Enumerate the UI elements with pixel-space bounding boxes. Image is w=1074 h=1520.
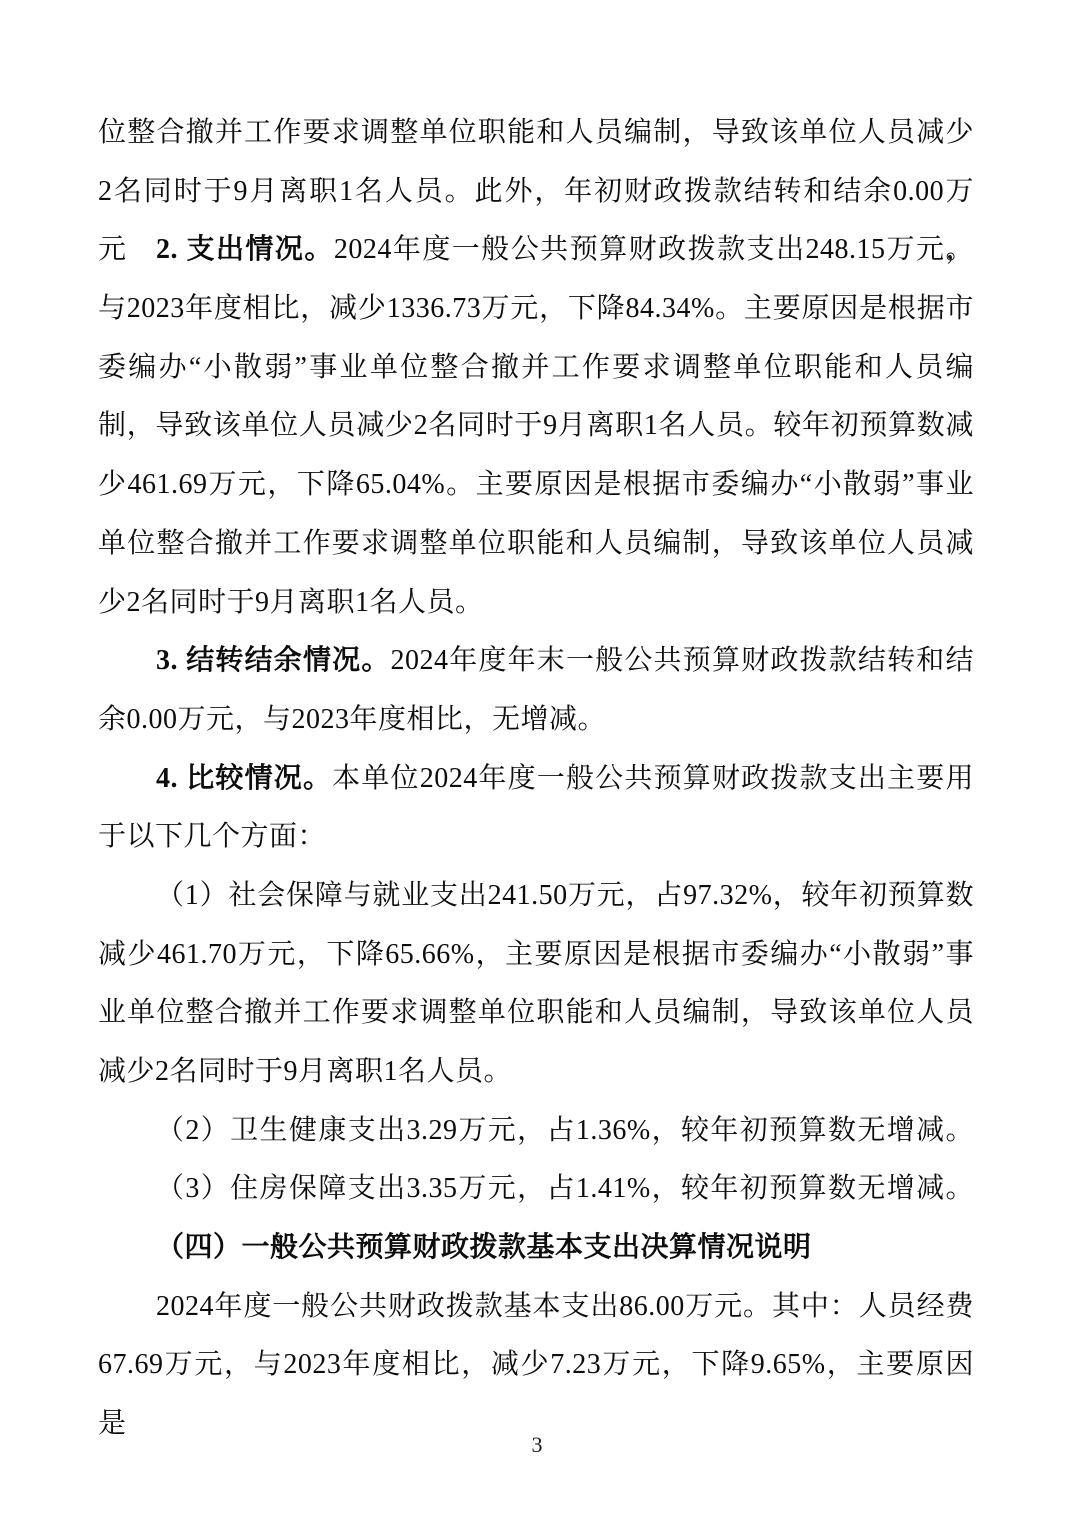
text-line: 委编办“小散弱”事业单位整合撤并工作要求调整单位职能和人员编	[98, 339, 974, 398]
document-body: 位整合撤并工作要求调整单位职能和人员编制，导致该单位人员减少2名同时于9月离职1…	[98, 104, 974, 1395]
text-line: 2. 支出情况。2024年度一般公共预算财政拨款支出248.15万元，	[98, 221, 974, 280]
text-run: （2）卫生健康支出3.29万元，占1.36%，较年初预算数无增减。	[156, 1115, 974, 1146]
text-line: （2）卫生健康支出3.29万元，占1.36%，较年初预算数无增减。	[98, 1102, 974, 1161]
bold-run: 3. 结转结余情况。	[156, 645, 391, 676]
text-run: 业单位整合撤并工作要求调整单位职能和人员编制，导致该单位人员	[98, 997, 974, 1028]
text-run: 67.69万元，与2023年度相比，减少7.23万元，下降9.65%，主要原因是	[98, 1349, 974, 1439]
text-line: 制，导致该单位人员减少2名同时于9月离职1名人员。较年初预算数减	[98, 397, 974, 456]
text-line: 于以下几个方面：	[98, 808, 974, 867]
text-run: 余0.00万元，与2023年度相比，无增减。	[98, 704, 606, 735]
para-basic-expenditure: 2024年度一般公共财政拨款基本支出86.00万元。其中：人员经费67.69万元…	[98, 1278, 974, 1395]
text-line: 单位整合撤并工作要求调整单位职能和人员编制，导致该单位人员减	[98, 515, 974, 574]
text-line: 业单位整合撤并工作要求调整单位职能和人员编制，导致该单位人员	[98, 984, 974, 1043]
text-line: 位整合撤并工作要求调整单位职能和人员编制，导致该单位人员减少	[98, 104, 974, 163]
text-run: 减少461.70万元，下降65.66%，主要原因是根据市委编办“小散弱”事	[98, 939, 974, 970]
para-comparison-intro: 4. 比较情况。本单位2024年度一般公共预算财政拨款支出主要用于以下几个方面：	[98, 750, 974, 867]
text-line: 3. 结转结余情况。2024年度年末一般公共预算财政拨款结转和结	[98, 632, 974, 691]
text-run: （1）社会保障与就业支出241.50万元，占97.32%，较年初预算数	[156, 880, 974, 911]
bold-run: 4. 比较情况。	[156, 763, 332, 794]
text-line: 减少2名同时于9月离职1名人员。	[98, 1043, 974, 1102]
text-run: 2024年度一般公共预算财政拨款支出248.15万元，	[334, 234, 974, 265]
text-line: 少461.69万元，下降65.04%。主要原因是根据市委编办“小散弱”事业	[98, 456, 974, 515]
text-run: 2024年度年末一般公共预算财政拨款结转和结	[391, 645, 974, 676]
document-page: 位整合撤并工作要求调整单位职能和人员编制，导致该单位人员减少2名同时于9月离职1…	[0, 0, 1074, 1520]
para-expenditure-situation: 2. 支出情况。2024年度一般公共预算财政拨款支出248.15万元，与2023…	[98, 221, 974, 632]
para-income-continuation: 位整合撤并工作要求调整单位职能和人员编制，导致该单位人员减少2名同时于9月离职1…	[98, 104, 974, 221]
bold-run: （四）一般公共预算财政拨款基本支出决算情况说明	[156, 1232, 812, 1263]
page-number: 3	[0, 1432, 1074, 1458]
para-item1-social-security: （1）社会保障与就业支出241.50万元，占97.32%，较年初预算数减少461…	[98, 867, 974, 1102]
text-line: 少2名同时于9月离职1名人员。	[98, 574, 974, 633]
text-run: 少461.69万元，下降65.04%。主要原因是根据市委编办“小散弱”事业	[98, 469, 974, 500]
text-run: 少2名同时于9月离职1名人员。	[98, 587, 484, 618]
heading-section-four: （四）一般公共预算财政拨款基本支出决算情况说明	[98, 1219, 974, 1278]
text-line: 余0.00万元，与2023年度相比，无增减。	[98, 691, 974, 750]
text-line: 67.69万元，与2023年度相比，减少7.23万元，下降9.65%，主要原因是	[98, 1336, 974, 1395]
text-run: 委编办“小散弱”事业单位整合撤并工作要求调整单位职能和人员编	[98, 352, 974, 383]
text-line: 2名同时于9月离职1名人员。此外，年初财政拨款结转和结余0.00万元。	[98, 163, 974, 222]
text-run: 减少2名同时于9月离职1名人员。	[98, 1056, 512, 1087]
text-run: 于以下几个方面：	[98, 821, 326, 852]
text-run: 与2023年度相比，减少1336.73万元，下降84.34%。主要原因是根据市	[98, 293, 974, 324]
bold-run: 2. 支出情况。	[156, 234, 334, 265]
text-line: 2024年度一般公共财政拨款基本支出86.00万元。其中：人员经费	[98, 1278, 974, 1337]
text-line: （3）住房保障支出3.35万元，占1.41%，较年初预算数无增减。	[98, 1160, 974, 1219]
text-run: 本单位2024年度一般公共预算财政拨款支出主要用	[332, 763, 974, 794]
text-line: （四）一般公共预算财政拨款基本支出决算情况说明	[98, 1219, 974, 1278]
text-line: 与2023年度相比，减少1336.73万元，下降84.34%。主要原因是根据市	[98, 280, 974, 339]
para-item3-housing: （3）住房保障支出3.35万元，占1.41%，较年初预算数无增减。	[98, 1160, 974, 1219]
text-run: 单位整合撤并工作要求调整单位职能和人员编制，导致该单位人员减	[98, 528, 974, 559]
text-run: 2024年度一般公共财政拨款基本支出86.00万元。其中：人员经费	[156, 1291, 974, 1322]
text-line: （1）社会保障与就业支出241.50万元，占97.32%，较年初预算数	[98, 867, 974, 926]
para-item2-health: （2）卫生健康支出3.29万元，占1.36%，较年初预算数无增减。	[98, 1102, 974, 1161]
text-run: （3）住房保障支出3.35万元，占1.41%，较年初预算数无增减。	[156, 1173, 974, 1204]
para-carryover-balance: 3. 结转结余情况。2024年度年末一般公共预算财政拨款结转和结余0.00万元，…	[98, 632, 974, 749]
text-line: 减少461.70万元，下降65.66%，主要原因是根据市委编办“小散弱”事	[98, 926, 974, 985]
text-run: 位整合撤并工作要求调整单位职能和人员编制，导致该单位人员减少	[98, 117, 974, 148]
text-run: 制，导致该单位人员减少2名同时于9月离职1名人员。较年初预算数减	[98, 410, 974, 441]
text-line: 4. 比较情况。本单位2024年度一般公共预算财政拨款支出主要用	[98, 750, 974, 809]
